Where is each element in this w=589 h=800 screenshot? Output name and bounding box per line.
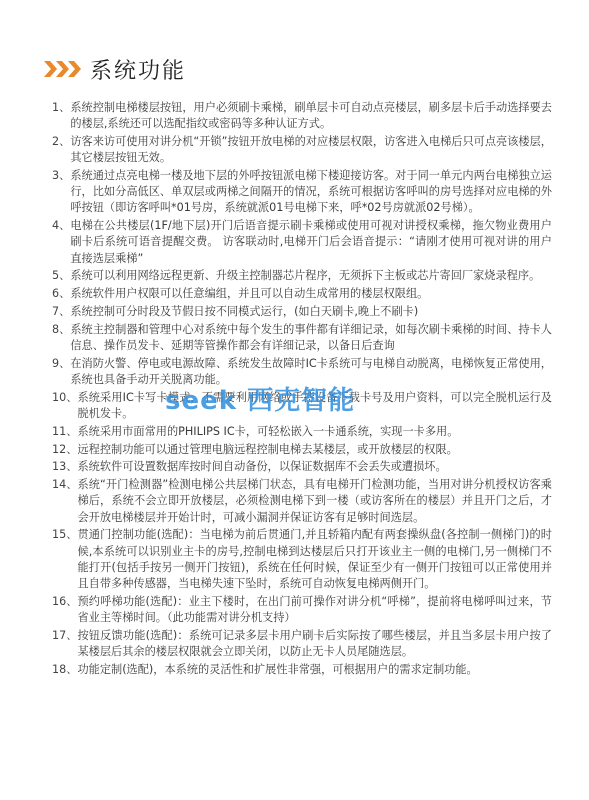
item-text: 系统采用市面常用的PHILIPS IC卡，可轻松嵌入一卡通系统，实现一卡多用。 <box>77 424 552 440</box>
item-text: 系统通过点亮电梯一楼及地下层的外呼按钮派电梯下楼迎接访客。对于同一单元内两台电梯… <box>70 168 552 217</box>
item-text: 系统采用IC卡写卡模式，不需要利用网络或手持设备下载卡号及用户资料，可以完全脱机… <box>77 390 552 422</box>
item-text: 系统控制可分时段及节假日按不同模式运行，(如白天刷卡,晚上不刷卡) <box>70 304 552 320</box>
list-item-3: 3、系统通过点亮电梯一楼及地下层的外呼按钮派电梯下楼迎接访客。对于同一单元内两台… <box>52 168 552 217</box>
item-number: 4、 <box>52 218 70 267</box>
item-text: 系统软件用户权限可以任意编组，并且可以自动生成常用的楼层权限组。 <box>70 286 552 302</box>
list-item-11: 11、系统采用市面常用的PHILIPS IC卡，可轻松嵌入一卡通系统，实现一卡多… <box>52 424 552 440</box>
section-header: 系统功能 <box>44 52 186 86</box>
item-number: 7、 <box>52 304 70 320</box>
item-text: 访客来访可使用对讲分机“开锁”按钮开放电梯的对应楼层权限，访客进入电梯后只可点亮… <box>70 134 552 166</box>
list-item-2: 2、访客来访可使用对讲分机“开锁”按钮开放电梯的对应楼层权限，访客进入电梯后只可… <box>52 134 552 166</box>
item-text: 功能定制(选配)，本系统的灵活性和扩展性非常强，可根据用户的需求定制功能。 <box>77 662 552 678</box>
list-item-14: 14、系统“开门检测器”检测电梯公共层梯门状态，具有电梯开门检测功能，当用对讲分… <box>52 477 552 526</box>
item-number: 8、 <box>52 322 70 354</box>
item-number: 5、 <box>52 268 70 284</box>
item-text: 贯通门控制功能(选配)：当电梯为前后贯通门,并且轿箱内配有两套操纵盘(各控制一侧… <box>77 527 552 592</box>
item-number: 15、 <box>52 527 77 592</box>
item-number: 13、 <box>52 459 77 475</box>
list-item-1: 1、系统控制电梯楼层按钮，用户必须刷卡乘梯，刷单层卡可自动点亮楼层，刷多层卡后手… <box>52 100 552 132</box>
item-number: 3、 <box>52 168 70 217</box>
list-item-5: 5、系统可以利用网络远程更新、升级主控制器芯片程序，无须拆下主板或芯片寄回厂家烧… <box>52 268 552 284</box>
item-text: 电梯在公共楼层(1F/地下层)开门后语音提示刷卡乘梯或使用可视对讲授权乘梯，拖欠… <box>70 218 552 267</box>
list-item-17: 17、按钮反馈功能(选配)：系统可记录多层卡用户刷卡后实际按了哪些楼层，并且当多… <box>52 628 552 660</box>
feature-list: 1、系统控制电梯楼层按钮，用户必须刷卡乘梯，刷单层卡可自动点亮楼层，刷多层卡后手… <box>52 100 552 680</box>
item-number: 11、 <box>52 424 77 440</box>
list-item-4: 4、电梯在公共楼层(1F/地下层)开门后语音提示刷卡乘梯或使用可视对讲授权乘梯，… <box>52 218 552 267</box>
list-item-13: 13、系统软件可设置数据库按时间自动备份，以保证数据库不会丢失或遭损坏。 <box>52 459 552 475</box>
list-item-18: 18、功能定制(选配)，本系统的灵活性和扩展性非常强，可根据用户的需求定制功能。 <box>52 662 552 678</box>
list-item-10: 10、系统采用IC卡写卡模式，不需要利用网络或手持设备下载卡号及用户资料，可以完… <box>52 390 552 422</box>
item-number: 12、 <box>52 442 77 458</box>
item-text: 按钮反馈功能(选配)：系统可记录多层卡用户刷卡后实际按了哪些楼层，并且当多层卡用… <box>77 628 552 660</box>
item-text: 系统主控制器和管理中心对系统中每个发生的事件都有详细记录，如每次刷卡乘梯的时间、… <box>70 322 552 354</box>
item-number: 17、 <box>52 628 77 660</box>
item-number: 9、 <box>52 356 70 388</box>
item-number: 16、 <box>52 594 77 626</box>
item-text: 预约呼梯功能(选配)：业主下楼时，在出门前可操作对讲分机“呼梯”，提前将电梯呼叫… <box>77 594 552 626</box>
item-number: 18、 <box>52 662 77 678</box>
item-number: 6、 <box>52 286 70 302</box>
list-item-6: 6、系统软件用户权限可以任意编组，并且可以自动生成常用的楼层权限组。 <box>52 286 552 302</box>
item-text: 系统“开门检测器”检测电梯公共层梯门状态，具有电梯开门检测功能，当用对讲分机授权… <box>77 477 552 526</box>
item-text: 远程控制功能可以通过管理电脑远程控制电梯去某楼层，或开放楼层的权限。 <box>77 442 552 458</box>
page-title: 系统功能 <box>90 54 186 85</box>
item-number: 14、 <box>52 477 77 526</box>
list-item-12: 12、远程控制功能可以通过管理电脑远程控制电梯去某楼层，或开放楼层的权限。 <box>52 442 552 458</box>
list-item-16: 16、预约呼梯功能(选配)：业主下楼时，在出门前可操作对讲分机“呼梯”，提前将电… <box>52 594 552 626</box>
item-number: 1、 <box>52 100 70 132</box>
list-item-8: 8、系统主控制器和管理中心对系统中每个发生的事件都有详细记录，如每次刷卡乘梯的时… <box>52 322 552 354</box>
item-text: 在消防火警、停电或电源故障、系统发生故障时IC卡系统可与电梯自动脱离，电梯恢复正… <box>70 356 552 388</box>
item-text: 系统控制电梯楼层按钮，用户必须刷卡乘梯，刷单层卡可自动点亮楼层，刷多层卡后手动选… <box>70 100 552 132</box>
list-item-9: 9、在消防火警、停电或电源故障、系统发生故障时IC卡系统可与电梯自动脱离，电梯恢… <box>52 356 552 388</box>
item-text: 系统软件可设置数据库按时间自动备份，以保证数据库不会丢失或遭损坏。 <box>77 459 552 475</box>
item-number: 10、 <box>52 390 77 422</box>
triple-chevron-right-icon <box>44 60 82 78</box>
list-item-15: 15、贯通门控制功能(选配)：当电梯为前后贯通门,并且轿箱内配有两套操纵盘(各控… <box>52 527 552 592</box>
list-item-7: 7、系统控制可分时段及节假日按不同模式运行，(如白天刷卡,晚上不刷卡) <box>52 304 552 320</box>
item-number: 2、 <box>52 134 70 166</box>
item-text: 系统可以利用网络远程更新、升级主控制器芯片程序，无须拆下主板或芯片寄回厂家烧录程… <box>70 268 552 284</box>
